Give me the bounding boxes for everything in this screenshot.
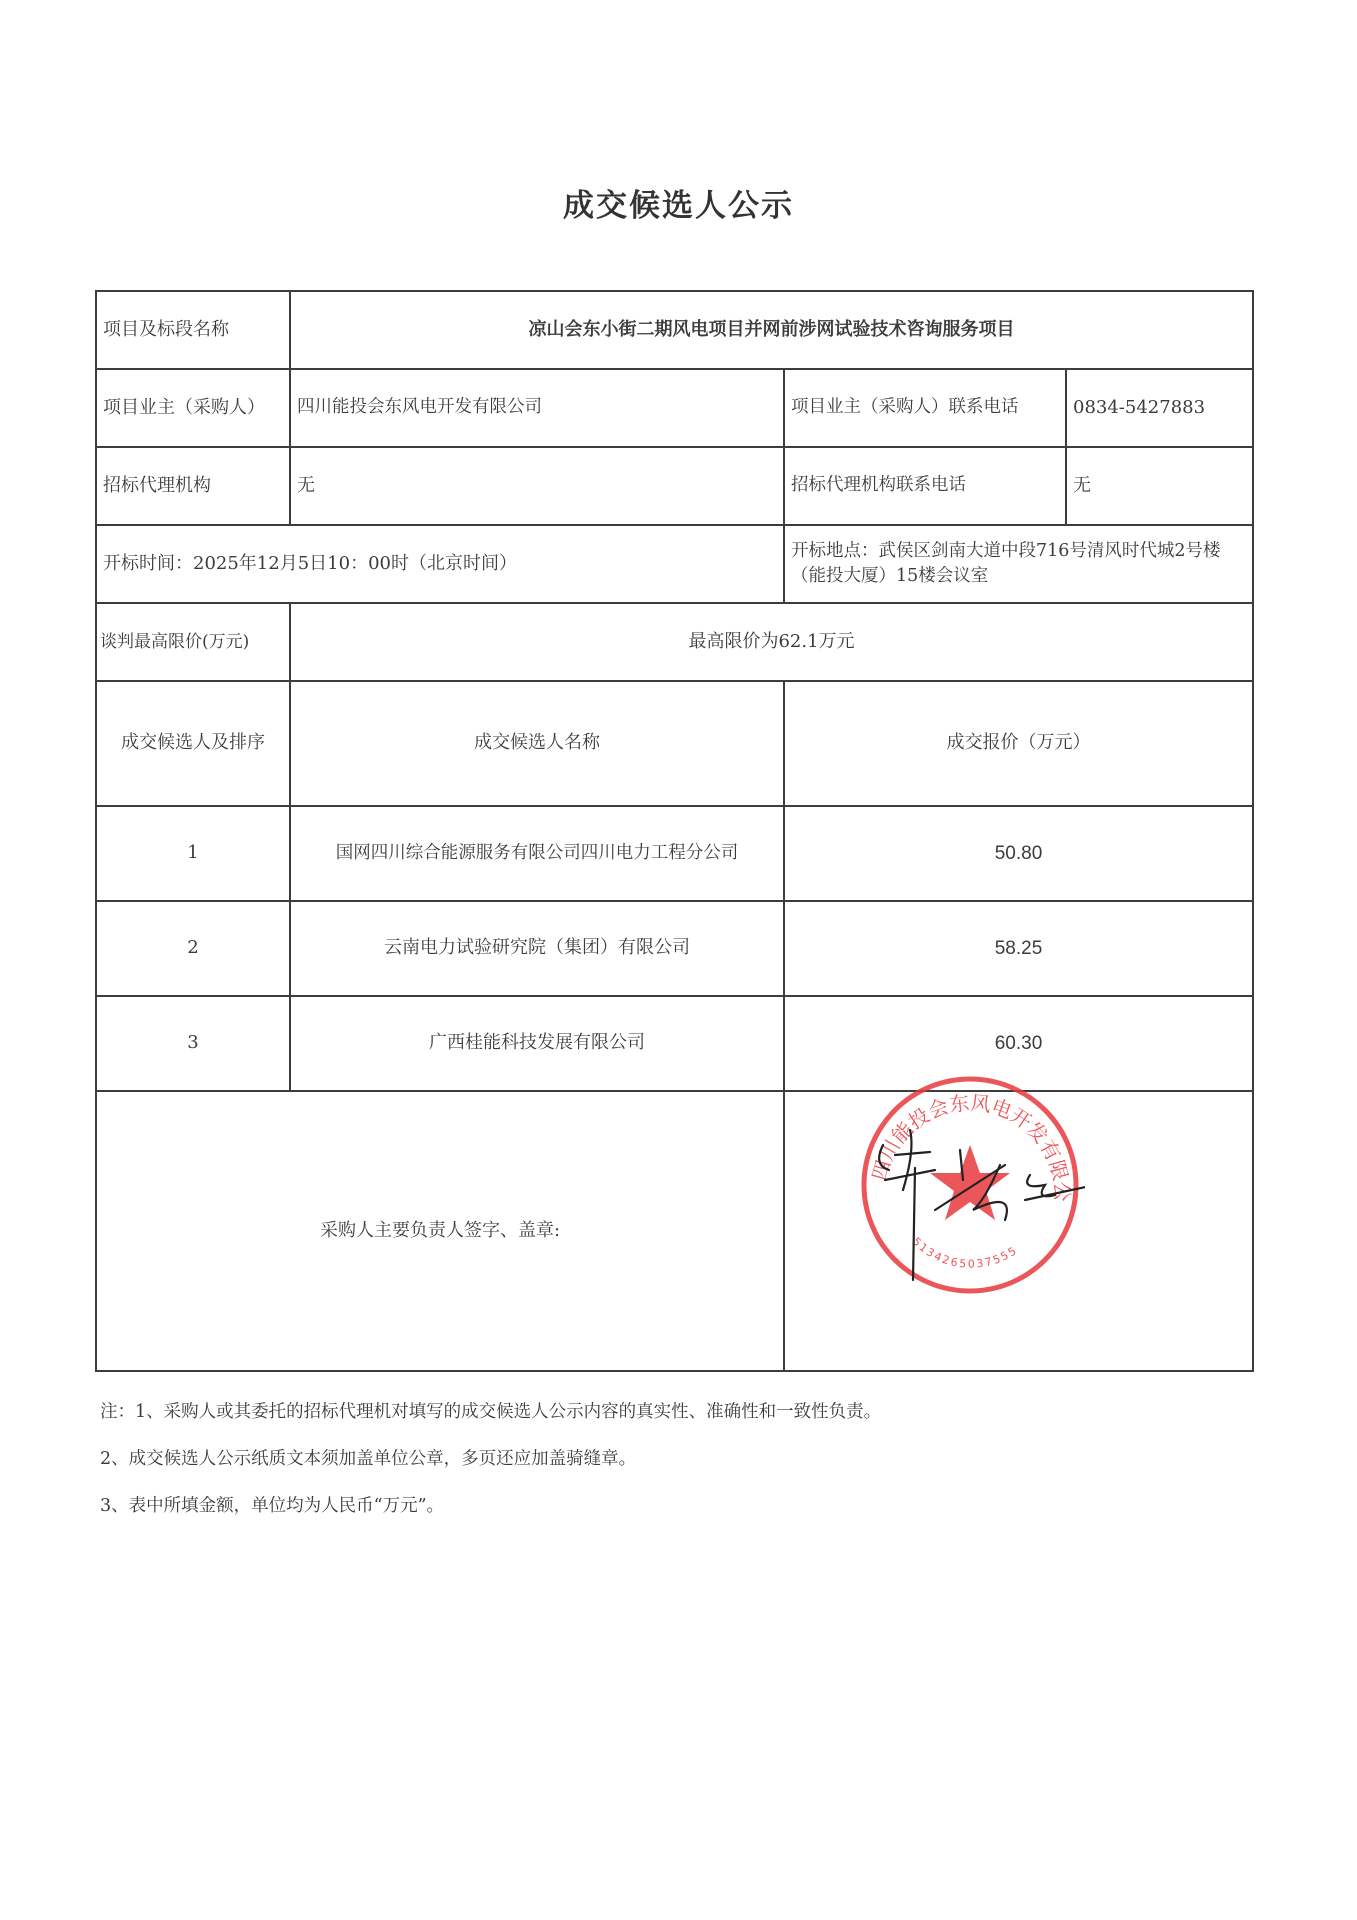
opening-place: 开标地点：武侯区剑南大道中段716号清风时代城2号楼（能投大厦）15楼会议室 (784, 525, 1253, 603)
owner-phone: 0834-5427883 (1066, 369, 1253, 447)
signature-row: 采购人主要负责人签字、盖章: 四川能投会东风电开发有限公司 5134265037… (96, 1091, 1253, 1371)
max-price-label: 谈判最高限价(万元) (96, 603, 290, 681)
project-label: 项目及标段名称 (96, 291, 290, 369)
owner-label: 项目业主（采购人） (96, 369, 290, 447)
opening-row: 开标时间：2025年12月5日10：00时（北京时间） 开标地点：武侯区剑南大道… (96, 525, 1253, 603)
candidate-row: 1 国网四川综合能源服务有限公司四川电力工程分公司 50.80 (96, 806, 1253, 901)
candidate-row: 2 云南电力试验研究院（集团）有限公司 58.25 (96, 901, 1253, 996)
candidate-announcement-table: 项目及标段名称 凉山会东小街二期风电项目并网前涉网试验技术咨询服务项目 项目业主… (95, 290, 1254, 1372)
signature-area: 四川能投会东风电开发有限公司 5134265037555 (784, 1091, 1253, 1371)
agency-phone: 无 (1066, 447, 1253, 525)
signature-label: 采购人主要负责人签字、盖章: (96, 1091, 784, 1371)
header-price: 成交报价（万元） (784, 681, 1253, 806)
project-name: 凉山会东小街二期风电项目并网前涉网试验技术咨询服务项目 (290, 291, 1253, 369)
page-title: 成交候选人公示 (0, 180, 1357, 225)
candidate-name: 云南电力试验研究院（集团）有限公司 (290, 901, 784, 996)
svg-text:5134265037555: 5134265037555 (910, 1235, 1021, 1271)
candidate-price: 58.25 (784, 901, 1253, 996)
agency-label: 招标代理机构 (96, 447, 290, 525)
note-1: 注：1、采购人或其委托的招标代理机对填写的成交候选人公示内容的真实性、准确性和一… (100, 1398, 881, 1445)
notes-section: 注：1、采购人或其委托的招标代理机对填写的成交候选人公示内容的真实性、准确性和一… (100, 1398, 881, 1539)
agency-name: 无 (290, 447, 784, 525)
header-name: 成交候选人名称 (290, 681, 784, 806)
candidate-rank: 3 (96, 996, 290, 1091)
note-2: 2、成交候选人公示纸质文本须加盖单位公章，多页还应加盖骑缝章。 (100, 1445, 881, 1492)
owner-row: 项目业主（采购人） 四川能投会东风电开发有限公司 项目业主（采购人）联系电话 0… (96, 369, 1253, 447)
opening-time: 开标时间：2025年12月5日10：00时（北京时间） (96, 525, 784, 603)
max-price-value: 最高限价为62.1万元 (290, 603, 1253, 681)
company-seal-icon: 四川能投会东风电开发有限公司 5134265037555 (855, 1070, 1085, 1300)
header-rank: 成交候选人及排序 (96, 681, 290, 806)
agency-row: 招标代理机构 无 招标代理机构联系电话 无 (96, 447, 1253, 525)
agency-phone-label: 招标代理机构联系电话 (784, 447, 1066, 525)
candidate-rank: 1 (96, 806, 290, 901)
note-3: 3、表中所填金额，单位均为人民币“万元”。 (100, 1492, 881, 1539)
candidates-header-row: 成交候选人及排序 成交候选人名称 成交报价（万元） (96, 681, 1253, 806)
candidate-name: 广西桂能科技发展有限公司 (290, 996, 784, 1091)
owner-phone-label: 项目业主（采购人）联系电话 (784, 369, 1066, 447)
candidate-name: 国网四川综合能源服务有限公司四川电力工程分公司 (290, 806, 784, 901)
candidate-price: 50.80 (784, 806, 1253, 901)
owner-name: 四川能投会东风电开发有限公司 (290, 369, 784, 447)
max-price-row: 谈判最高限价(万元) 最高限价为62.1万元 (96, 603, 1253, 681)
candidate-rank: 2 (96, 901, 290, 996)
project-row: 项目及标段名称 凉山会东小街二期风电项目并网前涉网试验技术咨询服务项目 (96, 291, 1253, 369)
